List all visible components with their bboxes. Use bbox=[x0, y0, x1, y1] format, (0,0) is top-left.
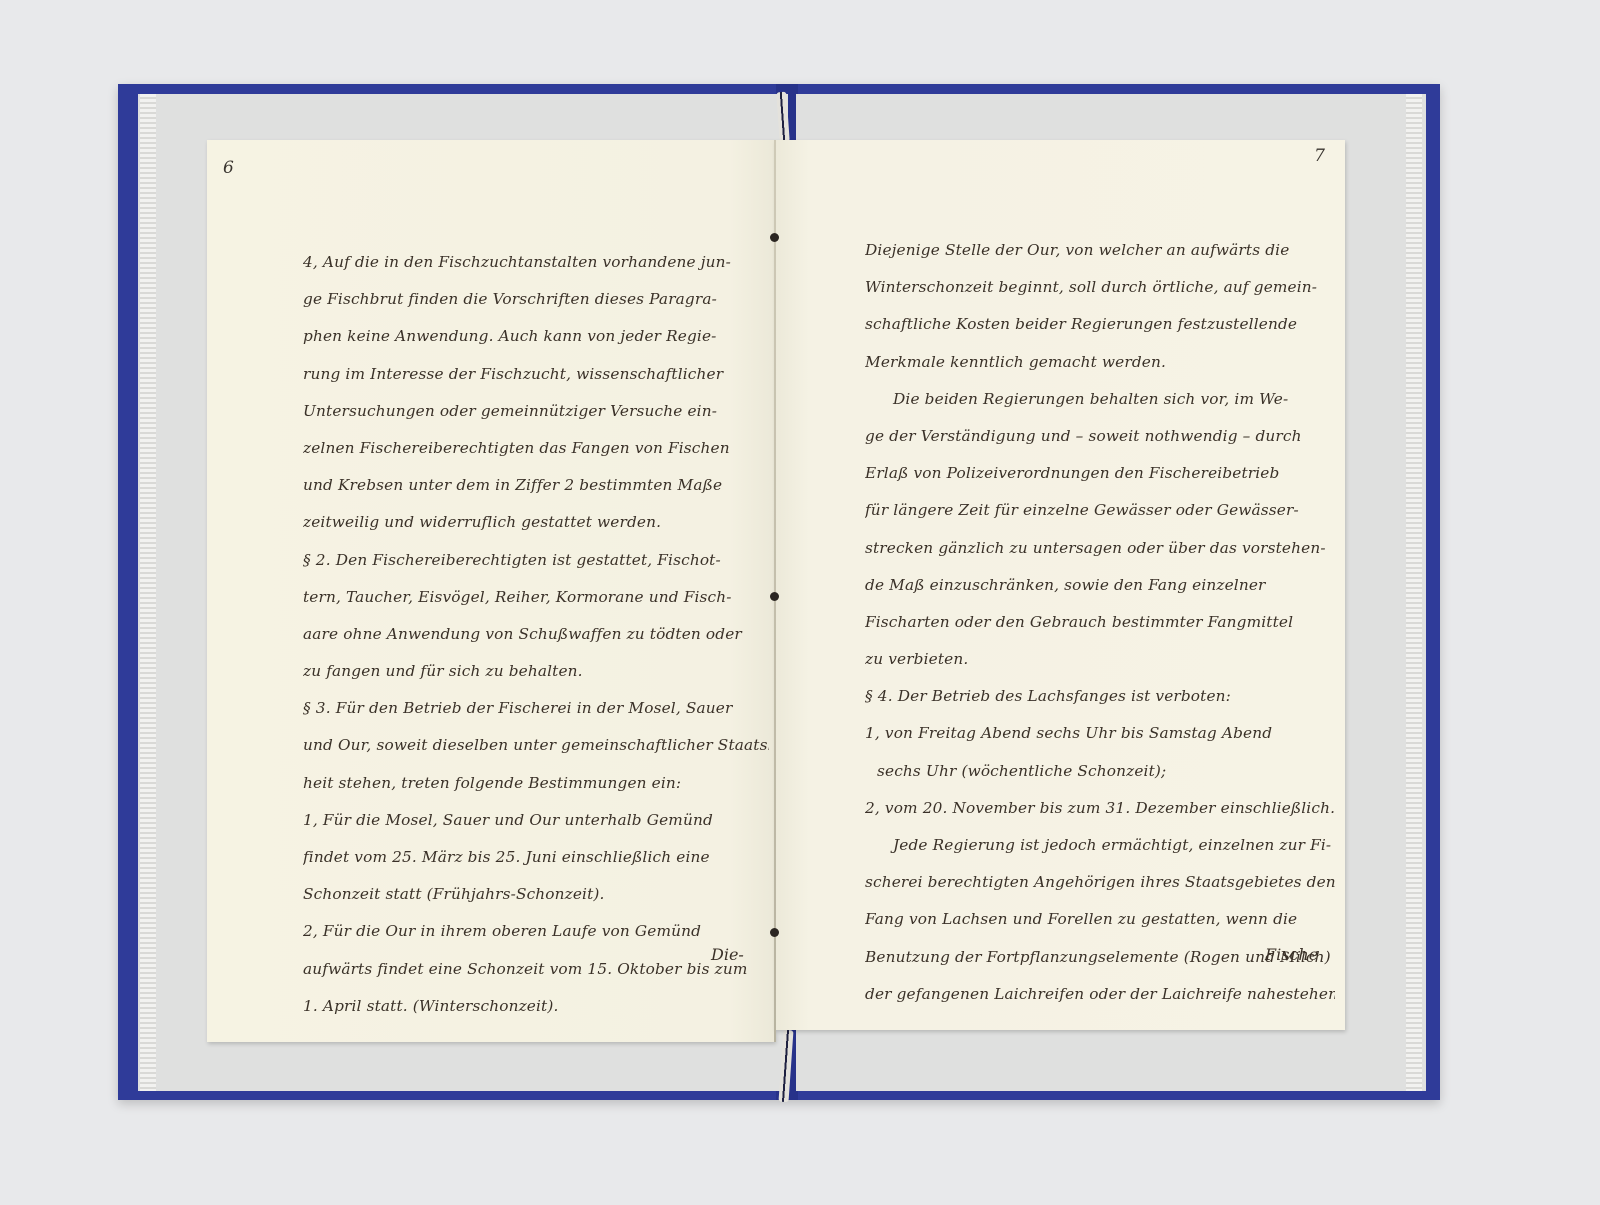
text-line: 2, Für die Our in ihrem oberen Laufe von… bbox=[303, 913, 769, 950]
text-line: de Maß einzuschränken, sowie den Fang ei… bbox=[865, 567, 1335, 604]
text-line: Fischarten oder den Gebrauch bestimmter … bbox=[865, 604, 1335, 641]
text-line: zu verbieten. bbox=[865, 641, 1335, 678]
text-line: Merkmale kenntlich gemacht werden. bbox=[865, 344, 1335, 381]
text-line: 2, vom 20. November bis zum 31. Dezember… bbox=[865, 790, 1335, 827]
right-embossed-edge bbox=[1406, 94, 1422, 1091]
handwritten-text: 4, Auf die in den Fischzuchtanstalten vo… bbox=[303, 244, 769, 1025]
stitch-hole bbox=[770, 592, 779, 601]
text-line: tern, Taucher, Eisvögel, Reiher, Kormora… bbox=[303, 579, 769, 616]
text-line: Diejenige Stelle der Our, von welcher an… bbox=[865, 232, 1335, 269]
text-line: 1, von Freitag Abend sechs Uhr bis Samst… bbox=[865, 715, 1335, 752]
text-line: Die beiden Regierungen behalten sich vor… bbox=[865, 381, 1335, 418]
text-line: strecken gänzlich zu untersagen oder übe… bbox=[865, 530, 1335, 567]
page-number: 7 bbox=[1314, 146, 1325, 166]
text-line: zeitweilig und widerruflich gestattet we… bbox=[303, 504, 769, 541]
text-line: aufwärts findet eine Schonzeit vom 15. O… bbox=[303, 951, 769, 988]
text-line: und Our, soweit dieselben unter gemeinsc… bbox=[303, 727, 769, 764]
text-line: ge Fischbrut finden die Vorschriften die… bbox=[303, 281, 769, 318]
text-line: Erlaß von Polizeiverordnungen den Fische… bbox=[865, 455, 1335, 492]
catchword: Fische bbox=[1265, 945, 1318, 964]
text-line: der gefangenen Laichreifen oder der Laic… bbox=[865, 976, 1335, 1013]
text-line: phen keine Anwendung. Auch kann von jede… bbox=[303, 318, 769, 355]
text-line: für längere Zeit für einzelne Gewässer o… bbox=[865, 492, 1335, 529]
text-line: und Krebsen unter dem in Ziffer 2 bestim… bbox=[303, 467, 769, 504]
page-number: 6 bbox=[223, 158, 234, 178]
catchword: Die- bbox=[711, 945, 744, 964]
text-line: sechs Uhr (wöchentliche Schonzeit); bbox=[865, 753, 1335, 790]
left-page: 6 4, Auf die in den Fischzuchtanstalten … bbox=[207, 140, 775, 1042]
text-line: Schonzeit statt (Frühjahrs-Schonzeit). bbox=[303, 876, 769, 913]
stitch-hole bbox=[770, 928, 779, 937]
text-line: 1, Für die Mosel, Sauer und Our unterhal… bbox=[303, 802, 769, 839]
text-line: zu fangen und für sich zu behalten. bbox=[303, 653, 769, 690]
section-heading-line: § 2. Den Fischereiberechtigten ist gesta… bbox=[303, 542, 769, 579]
text-line: rung im Interesse der Fischzucht, wissen… bbox=[303, 356, 769, 393]
text-line: Fang von Lachsen und Forellen zu gestatt… bbox=[865, 901, 1335, 938]
text-line: ge der Verständigung und – soweit nothwe… bbox=[865, 418, 1335, 455]
handwritten-text: Diejenige Stelle der Our, von welcher an… bbox=[865, 232, 1335, 1013]
text-line: zelnen Fischereiberechtigten das Fangen … bbox=[303, 430, 769, 467]
text-line: findet vom 25. März bis 25. Juni einschl… bbox=[303, 839, 769, 876]
section-heading-line: § 4. Der Betrieb des Lachsfanges ist ver… bbox=[865, 678, 1335, 715]
text-line: Winterschonzeit beginnt, soll durch örtl… bbox=[865, 269, 1335, 306]
page-gutter bbox=[774, 140, 776, 1042]
right-page: 7 Diejenige Stelle der Our, von welcher … bbox=[775, 140, 1345, 1030]
text-line: schaftliche Kosten beider Regierungen fe… bbox=[865, 306, 1335, 343]
text-line: heit stehen, treten folgende Bestimmunge… bbox=[303, 765, 769, 802]
text-line: Untersuchungen oder gemeinnütziger Versu… bbox=[303, 393, 769, 430]
text-line: aare ohne Anwendung von Schußwaffen zu t… bbox=[303, 616, 769, 653]
text-line: scherei berechtigten Angehörigen ihres S… bbox=[865, 864, 1335, 901]
left-embossed-edge bbox=[140, 94, 156, 1091]
text-line: 4, Auf die in den Fischzuchtanstalten vo… bbox=[303, 244, 769, 281]
section-heading-line: § 3. Für den Betrieb der Fischerei in de… bbox=[303, 690, 769, 727]
stitch-hole bbox=[770, 233, 779, 242]
text-line: Jede Regierung ist jedoch ermächtigt, ei… bbox=[865, 827, 1335, 864]
text-line: 1. April statt. (Winterschonzeit). bbox=[303, 988, 769, 1025]
